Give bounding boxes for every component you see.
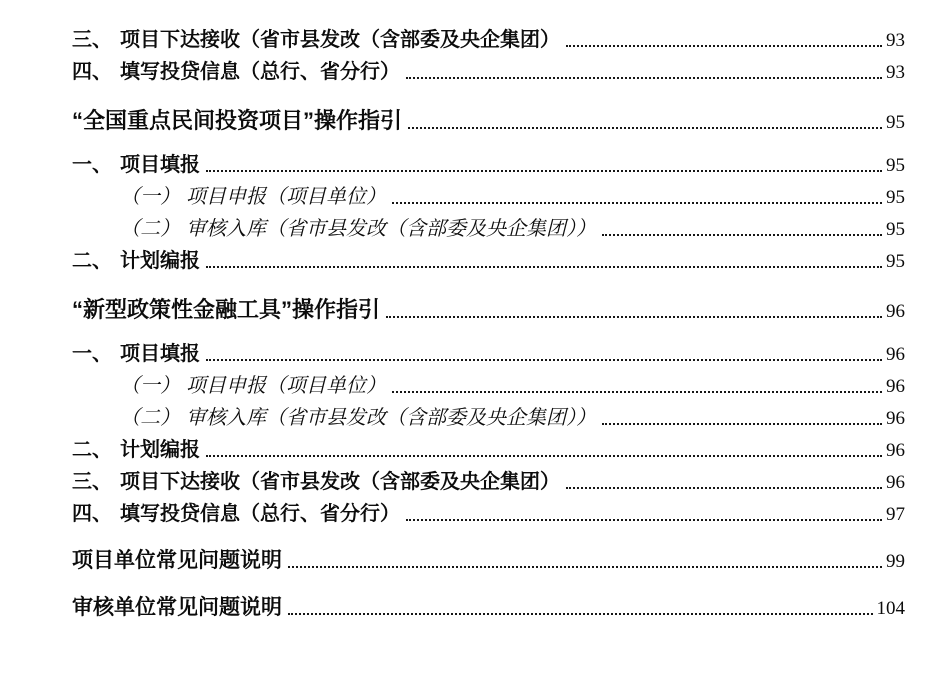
toc-section-heading[interactable]: “全国重点民间投资项目”操作指引95 [72,100,905,134]
toc-entry[interactable]: 二、计划编报96 [72,430,905,462]
toc-entry-label: 项目单位常见问题说明 [72,548,282,573]
dot-leader [206,359,882,361]
page-number: 96 [884,440,905,462]
toc-entry-label: 项目下达接收（省市县发改（含部委及央企集团） [120,28,560,52]
dot-leader [408,127,882,129]
toc-entry-number: （一） [120,374,186,398]
dot-leader [566,487,882,489]
toc-entry-label: “新型政策性金融工具”操作指引 [72,297,380,323]
page-number: 93 [884,30,905,52]
page-number: 95 [884,155,905,177]
page-number: 96 [884,472,905,494]
page-number: 96 [884,408,905,430]
toc-entry-number: 二、 [72,438,120,462]
toc-entry-label: 项目申报（项目单位） [186,185,386,209]
toc-entry[interactable]: 三、项目下达接收（省市县发改（含部委及央企集团）96 [72,462,905,494]
page-number: 93 [884,62,905,84]
toc-entry-label: 项目申报（项目单位） [186,374,386,398]
page-number: 96 [884,376,905,398]
page-number: 104 [875,598,906,620]
toc-entry-number: 二、 [72,249,120,273]
toc-entry-number: （一） [120,185,186,209]
dot-leader [288,613,873,615]
toc-entry[interactable]: （二）审核入库（省市县发改（含部委及央企集团））95 [72,209,905,241]
document-page: 三、项目下达接收（省市县发改（含部委及央企集团）93四、填写投贷信息（总行、省分… [0,0,949,698]
toc-entry-label: 填写投贷信息（总行、省分行） [120,502,400,526]
dot-leader [602,234,882,236]
toc-entry-label: “全国重点民间投资项目”操作指引 [72,108,402,134]
toc-entry-label: 项目填报 [120,153,200,177]
dot-leader [206,266,882,268]
toc-entry-label: 计划编报 [120,438,200,462]
page-number: 99 [884,551,905,573]
dot-leader [406,519,882,521]
toc-entry[interactable]: 四、填写投贷信息（总行、省分行）97 [72,494,905,526]
toc-entry-number: （二） [120,406,186,430]
toc-entry[interactable]: 一、项目填报96 [72,334,905,366]
toc-entry-number: （二） [120,217,186,241]
dot-leader [566,45,882,47]
page-number: 97 [884,504,905,526]
toc-entry[interactable]: 一、项目填报95 [72,145,905,177]
toc-list: 三、项目下达接收（省市县发改（含部委及央企集团）93四、填写投贷信息（总行、省分… [72,20,905,620]
toc-entry-label: 审核单位常见问题说明 [72,595,282,620]
toc-entry-number: 一、 [72,342,120,366]
dot-leader [206,170,882,172]
toc-entry[interactable]: （一）项目申报（项目单位）95 [72,177,905,209]
page-number: 95 [884,219,905,241]
dot-leader [602,423,882,425]
toc-entry-number: 一、 [72,153,120,177]
toc-entry-number: 四、 [72,60,120,84]
page-number: 96 [884,344,905,366]
page-number: 95 [884,251,905,273]
toc-entry-label: 计划编报 [120,249,200,273]
dot-leader [386,316,882,318]
toc-entry[interactable]: 二、计划编报95 [72,241,905,273]
dot-leader [206,455,882,457]
toc-entry-label: 审核入库（省市县发改（含部委及央企集团）） [186,217,596,241]
toc-section-heading[interactable]: “新型政策性金融工具”操作指引96 [72,289,905,323]
toc-entry-number: 三、 [72,28,120,52]
page-number: 95 [884,112,905,134]
dot-leader [288,566,882,568]
dot-leader [392,202,882,204]
toc-entry[interactable]: 四、填写投贷信息（总行、省分行）93 [72,52,905,84]
toc-entry-label: 填写投贷信息（总行、省分行） [120,60,400,84]
toc-entry-label: 项目下达接收（省市县发改（含部委及央企集团） [120,470,560,494]
toc-heading[interactable]: 审核单位常见问题说明104 [72,587,905,620]
toc-entry-label: 审核入库（省市县发改（含部委及央企集团）） [186,406,596,430]
toc-entry[interactable]: （二）审核入库（省市县发改（含部委及央企集团））96 [72,398,905,430]
toc-entry-number: 四、 [72,502,120,526]
page-number: 95 [884,187,905,209]
page-number: 96 [884,301,905,323]
toc-entry-label: 项目填报 [120,342,200,366]
toc-entry[interactable]: 三、项目下达接收（省市县发改（含部委及央企集团）93 [72,20,905,52]
dot-leader [392,391,882,393]
toc-entry-number: 三、 [72,470,120,494]
dot-leader [406,77,882,79]
toc-heading[interactable]: 项目单位常见问题说明99 [72,540,905,573]
toc-entry[interactable]: （一）项目申报（项目单位）96 [72,366,905,398]
